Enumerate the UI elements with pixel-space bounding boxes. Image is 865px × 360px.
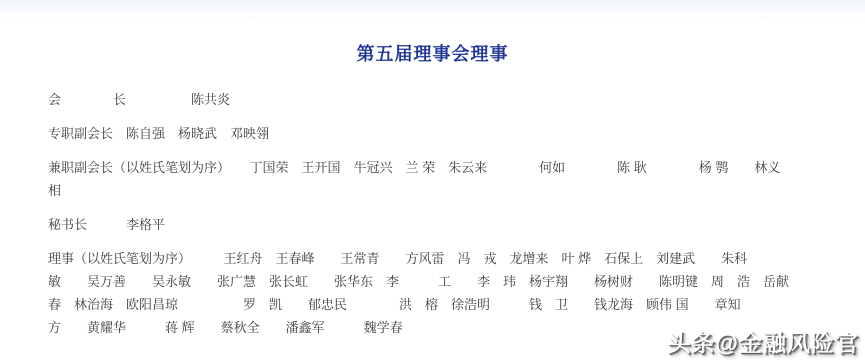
roster-line-directors-3: 春 林治海 欧阳昌琼 罗 凯 郁忠民 洪 榕 徐浩明 钱 卫 钱龙海 顾伟 国 … bbox=[48, 293, 845, 316]
roster-line-directors-1: 理事（以姓氏笔划为序） 王红舟 王春峰 王常青 方风雷 冯 戎 龙增来 叶 烨 … bbox=[48, 247, 845, 270]
secretary-general-paragraph: 秘书长 李格平 bbox=[48, 213, 845, 236]
chairman-paragraph: 会 长 陈共炎 bbox=[48, 88, 845, 111]
roster-line-secretary: 秘书长 李格平 bbox=[48, 213, 845, 236]
fulltime-vice-chairmen-paragraph: 专职副会长 陈自强 杨晓武 邓映翎 bbox=[48, 122, 845, 145]
roster-line-fulltime-vice: 专职副会长 陈自强 杨晓武 邓映翎 bbox=[48, 122, 845, 145]
watermark-text: 头条@金融风险官 bbox=[668, 330, 859, 356]
roster-line-directors-2: 敏 吴万善 吴永敏 张广慧 张长虹 张华东 李 工 李 玮 杨宇翔 杨树财 陈明… bbox=[48, 270, 845, 293]
page-title: 第五届理事会理事 bbox=[0, 40, 865, 66]
roster-line-chairman: 会 长 陈共炎 bbox=[48, 88, 845, 111]
parttime-vice-chairmen-paragraph: 兼职副会长（以姓氏笔划为序） 丁国荣 王开国 牛冠兴 兰 荣 朱云来 何如 陈 … bbox=[48, 156, 845, 202]
roster-line-parttime-vice-2: 相 bbox=[48, 179, 845, 202]
toutiao-watermark: 头条@金融风险官 bbox=[668, 325, 859, 358]
top-gradient-band bbox=[0, 0, 865, 24]
roster-line-parttime-vice-1: 兼职副会长（以姓氏笔划为序） 丁国荣 王开国 牛冠兴 兰 荣 朱云来 何如 陈 … bbox=[48, 156, 845, 179]
document-page: 第五届理事会理事 会 长 陈共炎 专职副会长 陈自强 杨晓武 邓映翎 兼职副会长… bbox=[0, 0, 865, 360]
council-roster: 会 长 陈共炎 专职副会长 陈自强 杨晓武 邓映翎 兼职副会长（以姓氏笔划为序）… bbox=[48, 88, 845, 350]
